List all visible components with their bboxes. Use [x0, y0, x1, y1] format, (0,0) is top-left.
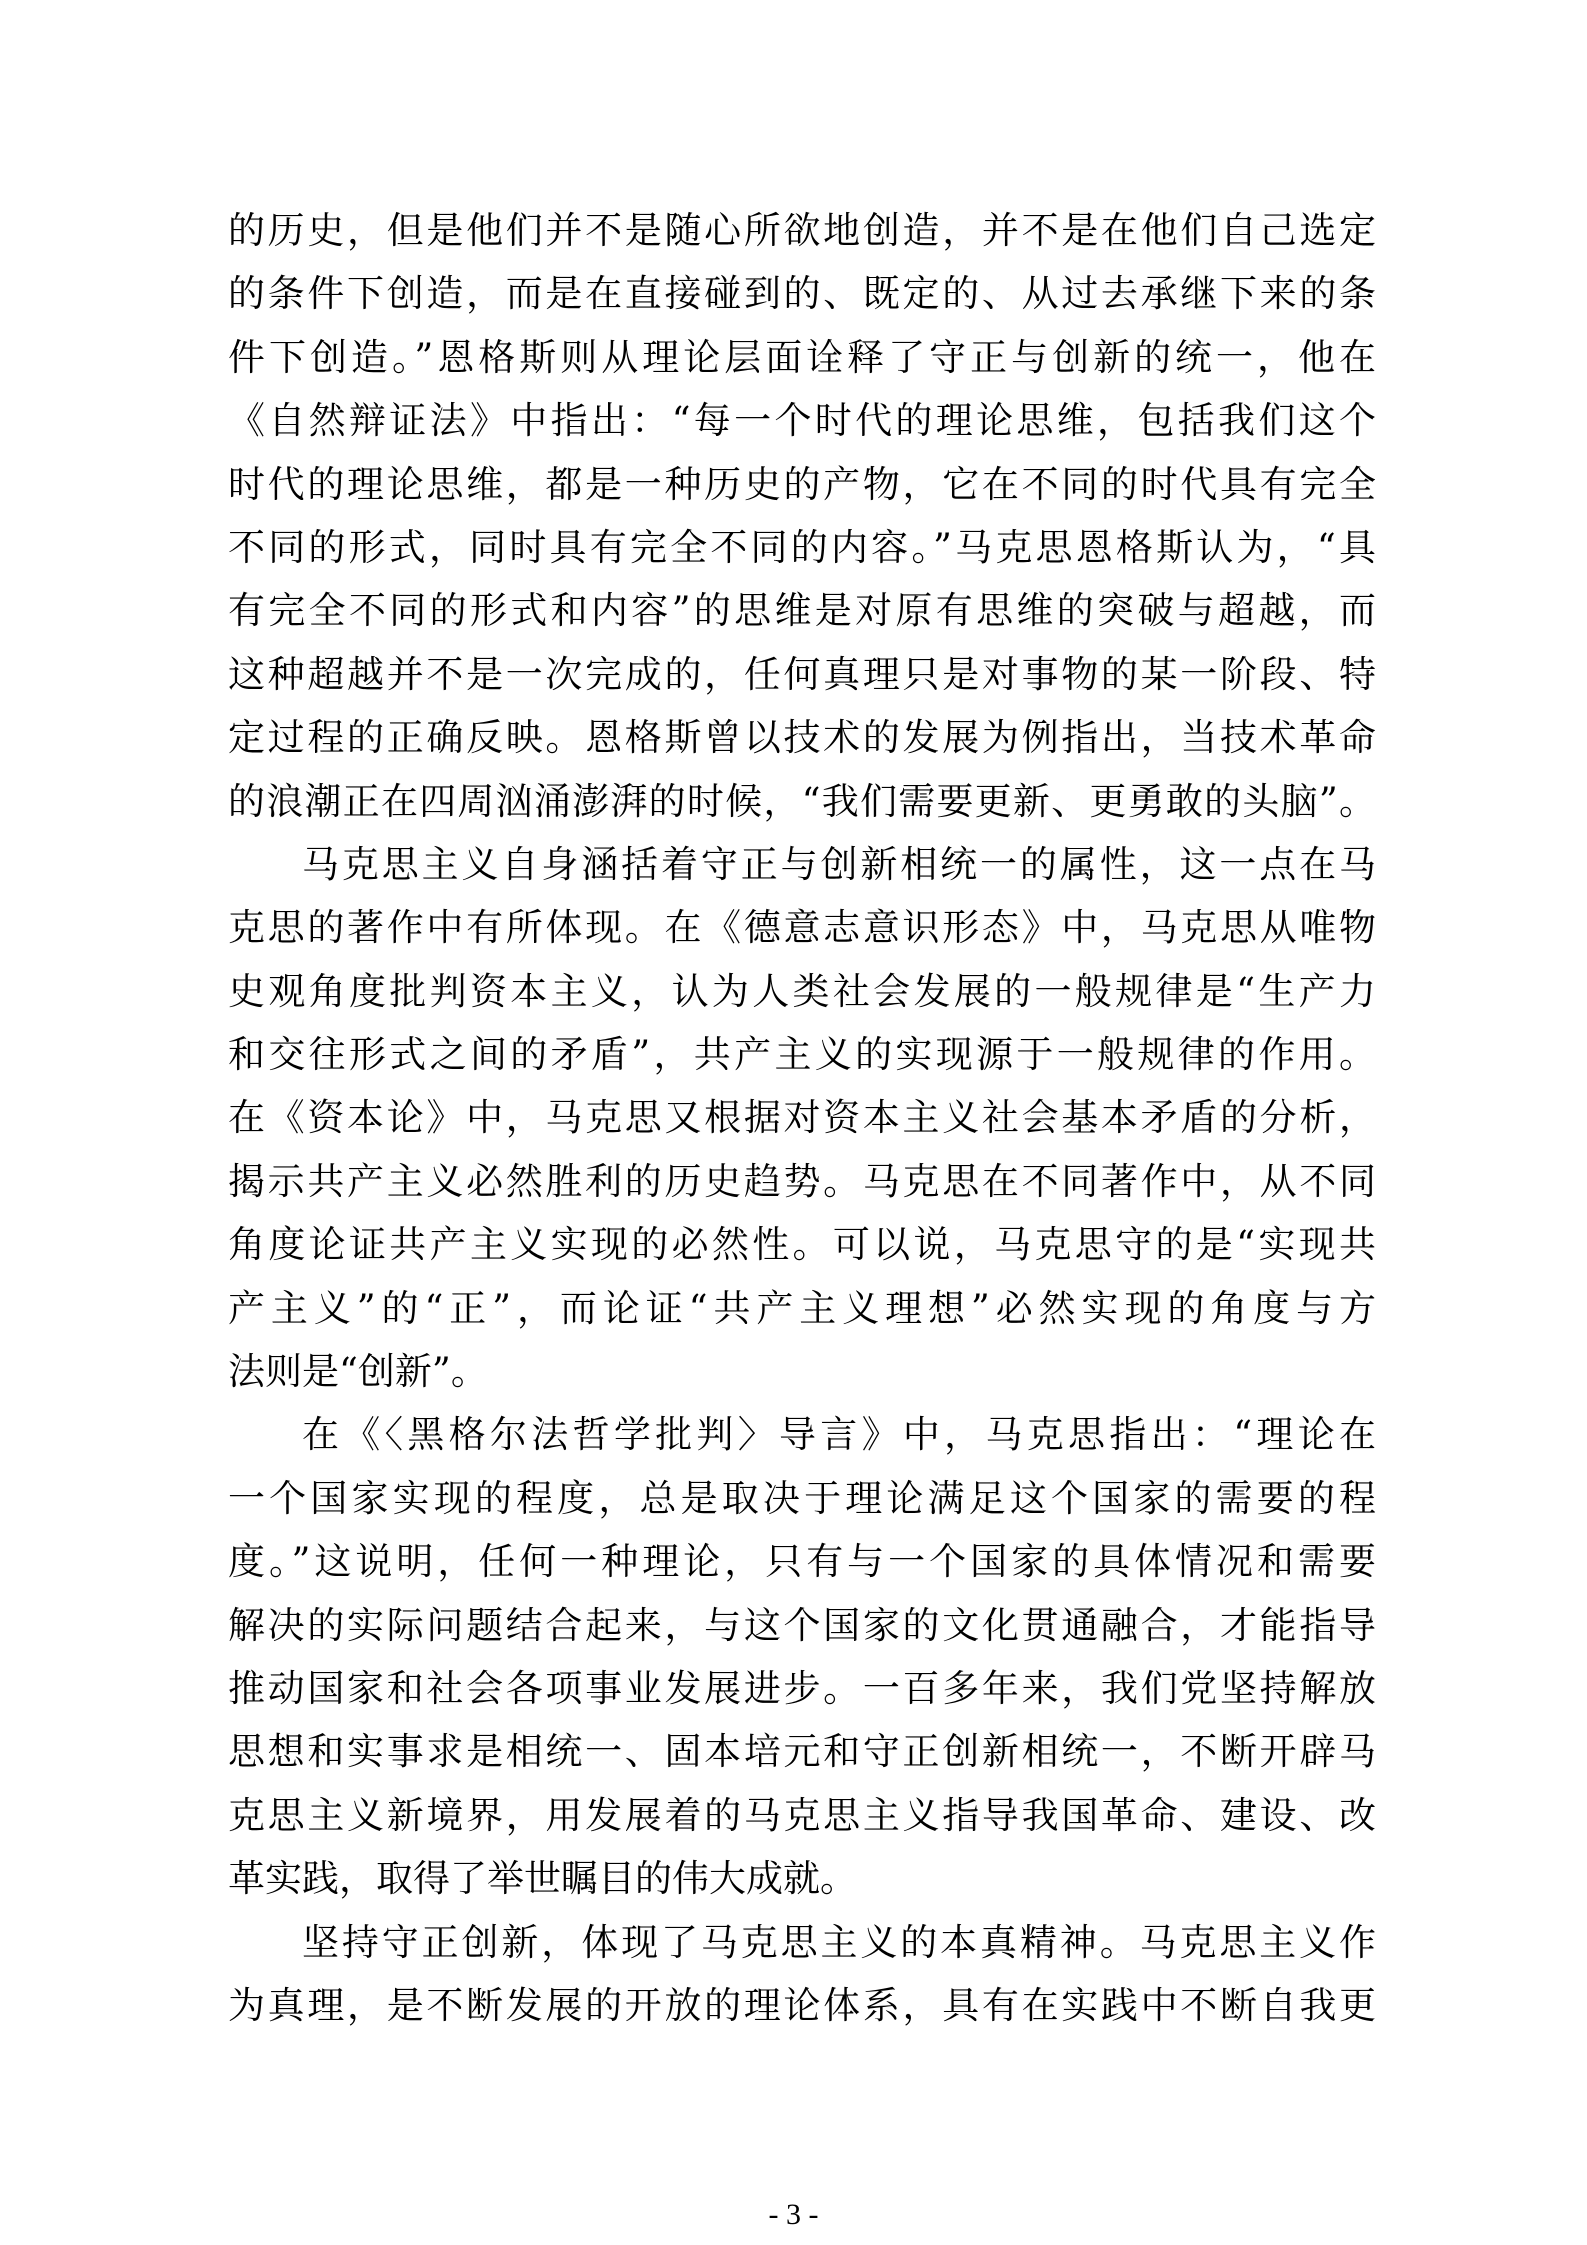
- text-line: 揭示共产主义必然胜利的历史趋势。马克思在不同著作中，从不同: [228, 1150, 1376, 1213]
- text-line: 革实践，取得了举世瞩目的伟大成就。: [228, 1847, 1376, 1910]
- text-line: 角度论证共产主义实现的必然性。可以说，马克思守的是“实现共: [228, 1213, 1376, 1276]
- text-line: 在《〈黑格尔法哲学批判〉导言》中，马克思指出：“理论在: [228, 1403, 1376, 1466]
- paragraph: 的历史，但是他们并不是随心所欲地创造，并不是在他们自己选定 的条件下创造，而是在…: [228, 199, 1376, 833]
- body-text: 的历史，但是他们并不是随心所欲地创造，并不是在他们自己选定 的条件下创造，而是在…: [228, 199, 1376, 2037]
- text-line: 产主义”的“正”，而论证“共产主义理想”必然实现的角度与方: [228, 1277, 1376, 1340]
- paragraph: 马克思主义自身涵括着守正与创新相统一的属性，这一点在马 克思的著作中有所体现。在…: [228, 833, 1376, 1404]
- text-line: 为真理，是不断发展的开放的理论体系，具有在实践中不断自我更: [228, 1974, 1376, 2037]
- text-line: 法则是“创新”。: [228, 1340, 1376, 1403]
- text-line: 的历史，但是他们并不是随心所欲地创造，并不是在他们自己选定: [228, 199, 1376, 262]
- page-number: - 3 -: [0, 2198, 1587, 2232]
- text-line: 不同的形式，同时具有完全不同的内容。”马克思恩格斯认为，“具: [228, 516, 1376, 579]
- text-line: 坚持守正创新，体现了马克思主义的本真精神。马克思主义作: [228, 1911, 1376, 1974]
- text-line: 件下创造。”恩格斯则从理论层面诠释了守正与创新的统一，他在: [228, 326, 1376, 389]
- text-line: 有完全不同的形式和内容”的思维是对原有思维的突破与超越，而: [228, 579, 1376, 642]
- text-line: 这种超越并不是一次完成的，任何真理只是对事物的某一阶段、特: [228, 643, 1376, 706]
- document-page: 的历史，但是他们并不是随心所欲地创造，并不是在他们自己选定 的条件下创造，而是在…: [0, 0, 1587, 2245]
- text-line: 一个国家实现的程度，总是取决于理论满足这个国家的需要的程: [228, 1467, 1376, 1530]
- paragraph: 坚持守正创新，体现了马克思主义的本真精神。马克思主义作 为真理，是不断发展的开放…: [228, 1911, 1376, 2038]
- text-line: 时代的理论思维，都是一种历史的产物，它在不同的时代具有完全: [228, 453, 1376, 516]
- text-line: 克思的著作中有所体现。在《德意志意识形态》中，马克思从唯物: [228, 896, 1376, 959]
- text-line: 思想和实事求是相统一、固本培元和守正创新相统一，不断开辟马: [228, 1720, 1376, 1783]
- text-line: 的浪潮正在四周汹涌澎湃的时候，“我们需要更新、更勇敢的头脑”。: [228, 770, 1376, 833]
- text-line: 和交往形式之间的矛盾”，共产主义的实现源于一般规律的作用。: [228, 1023, 1376, 1086]
- text-line: 在《资本论》中，马克思又根据对资本主义社会基本矛盾的分析，: [228, 1086, 1376, 1149]
- paragraph: 在《〈黑格尔法哲学批判〉导言》中，马克思指出：“理论在 一个国家实现的程度，总是…: [228, 1403, 1376, 1910]
- text-line: 克思主义新境界，用发展着的马克思主义指导我国革命、建设、改: [228, 1784, 1376, 1847]
- text-line: 《自然辩证法》中指出：“每一个时代的理论思维，包括我们这个: [228, 389, 1376, 452]
- text-line: 的条件下创造，而是在直接碰到的、既定的、从过去承继下来的条: [228, 262, 1376, 325]
- text-line: 度。”这说明，任何一种理论，只有与一个国家的具体情况和需要: [228, 1530, 1376, 1593]
- text-line: 解决的实际问题结合起来，与这个国家的文化贯通融合，才能指导: [228, 1594, 1376, 1657]
- text-line: 定过程的正确反映。恩格斯曾以技术的发展为例指出，当技术革命: [228, 706, 1376, 769]
- text-line: 推动国家和社会各项事业发展进步。一百多年来，我们党坚持解放: [228, 1657, 1376, 1720]
- text-line: 史观角度批判资本主义，认为人类社会发展的一般规律是“生产力: [228, 960, 1376, 1023]
- text-line: 马克思主义自身涵括着守正与创新相统一的属性，这一点在马: [228, 833, 1376, 896]
